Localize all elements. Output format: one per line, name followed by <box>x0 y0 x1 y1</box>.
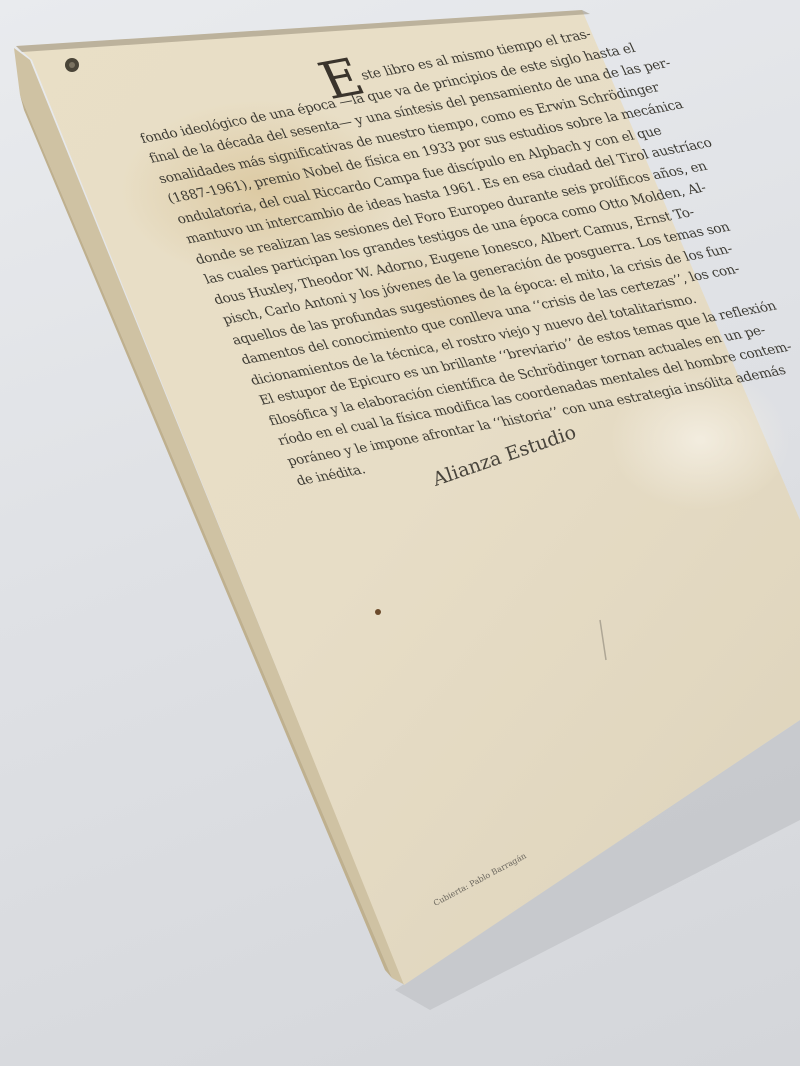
photo-scene: E ste libro es al mismo tiempo el tras- … <box>0 0 800 1066</box>
publisher-emblem-icon <box>65 58 79 72</box>
